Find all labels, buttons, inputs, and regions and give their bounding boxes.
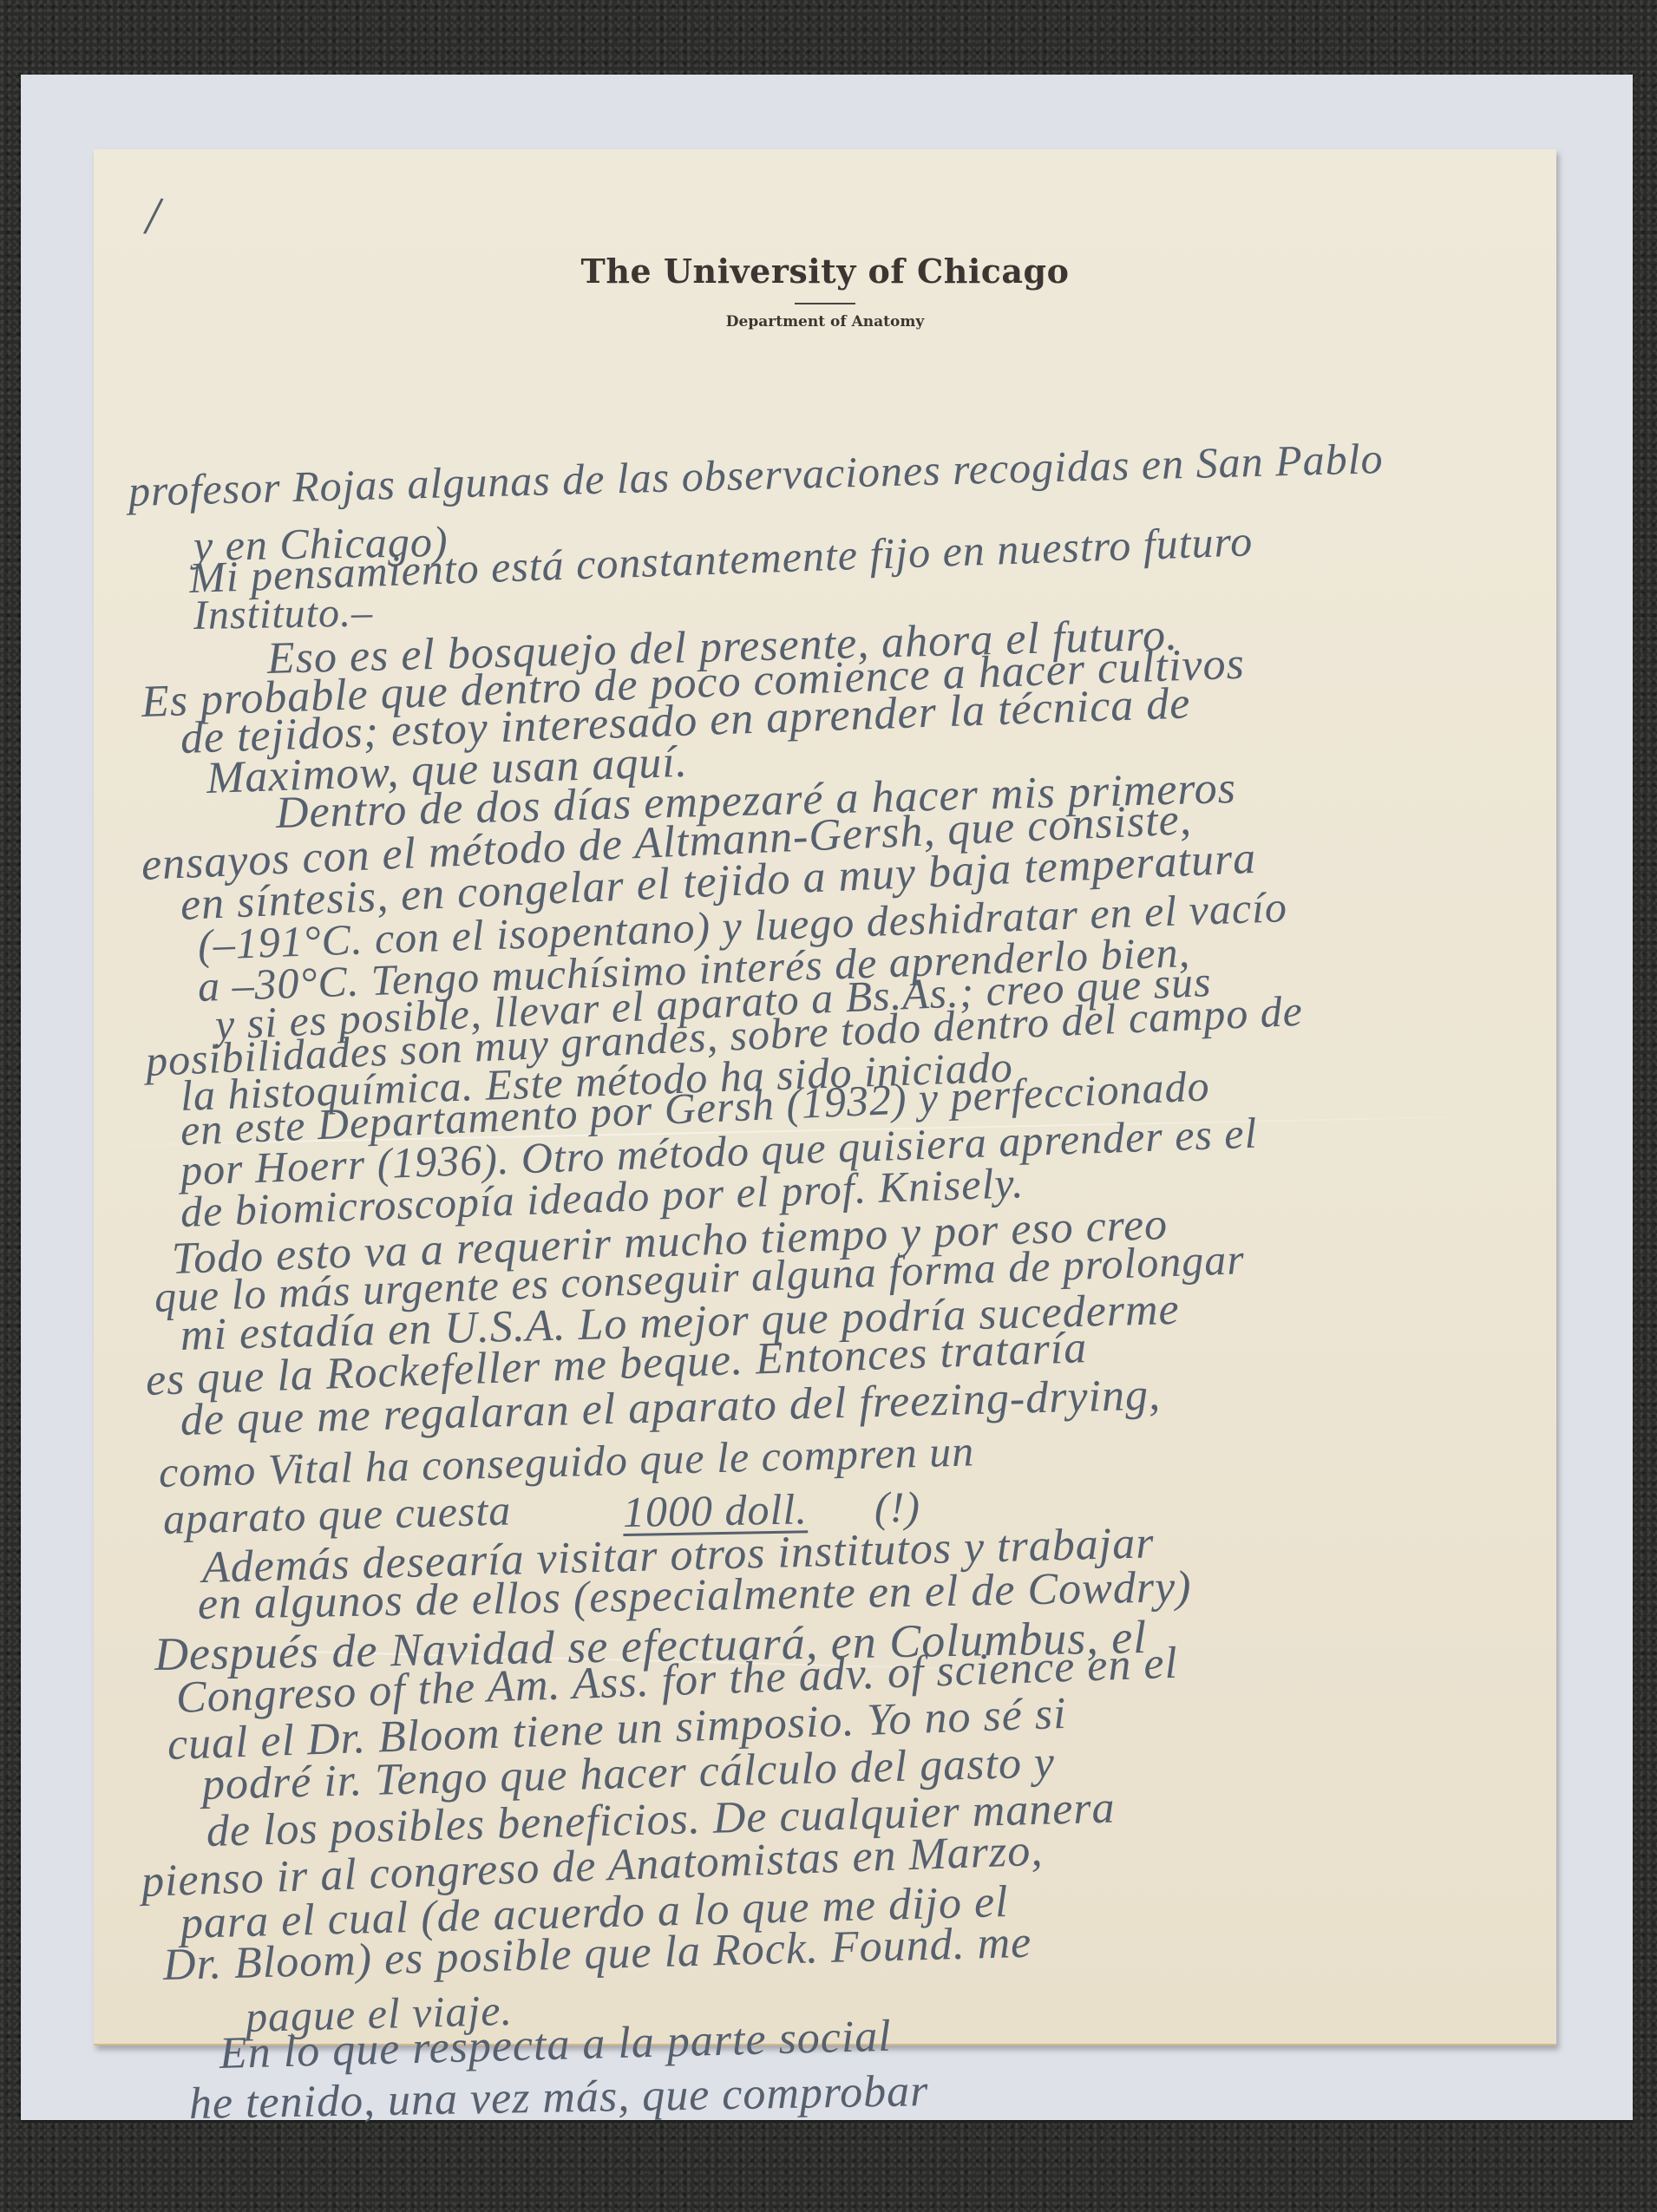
- letterhead: The University of Chicago Department of …: [94, 252, 1556, 330]
- letterhead-title: The University of Chicago: [94, 252, 1556, 291]
- letterhead-divider: [795, 303, 855, 304]
- letter-page: / The University of Chicago Department o…: [94, 149, 1556, 2045]
- page-number-mark: /: [141, 183, 166, 249]
- handwritten-line: profesor Rojas algunas de las observacio…: [128, 433, 1384, 516]
- letterhead-department: Department of Anatomy: [94, 313, 1556, 330]
